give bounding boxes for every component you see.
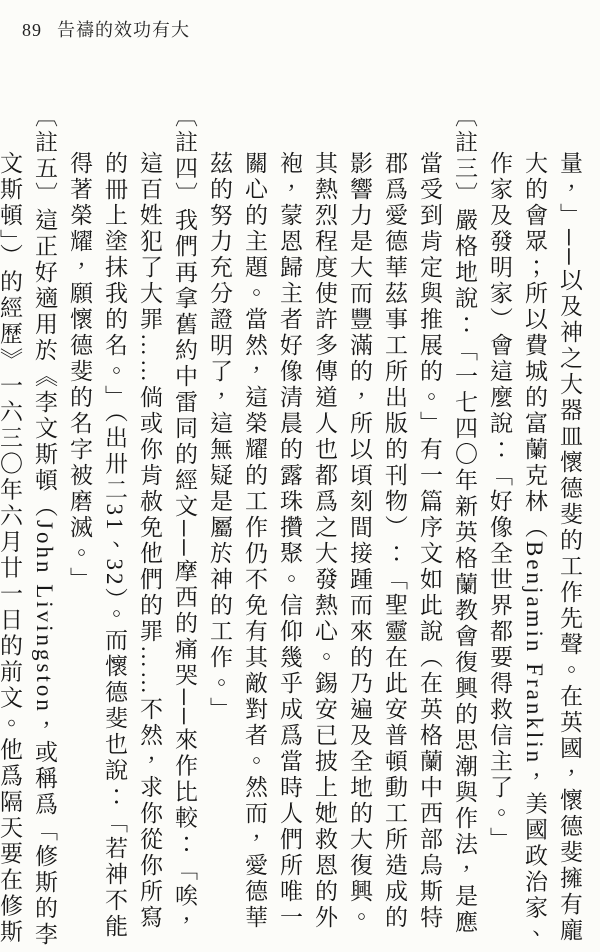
note-5-paragraph: 〔註五〕這正好適用於《李文斯頓（John Livingston，或稱爲「修斯的李… — [0, 104, 62, 952]
endnotes-text-block: 量，」──以及神之大器皿懷德斐的工作先聲。在英國，懷德斐擁有龐大的會眾；所以費城… — [8, 104, 587, 952]
page-number: 89 — [22, 20, 42, 41]
note-2-continuation-paragraph: 量，」──以及神之大器皿懷德斐的工作先聲。在英國，懷德斐擁有龐大的會眾；所以費城… — [482, 104, 587, 952]
note-3-paragraph: 〔註三〕嚴格地說：「一七四〇年新英格蘭教會復興的思潮與作法，是應當受到肯定與推展… — [202, 104, 482, 952]
note-4-paragraph: 〔註四〕我們再拿舊約中雷同的經文──摩西的痛哭──來作比較：「唉，這百姓犯了大罪… — [62, 104, 202, 952]
running-title: 告禱的效功有大 — [57, 16, 190, 42]
book-page: 89 告禱的效功有大 量，」──以及神之大器皿懷德斐的工作先聲。在英國，懷德斐擁… — [0, 0, 600, 952]
page-header: 89 告禱的效功有大 — [22, 16, 190, 42]
